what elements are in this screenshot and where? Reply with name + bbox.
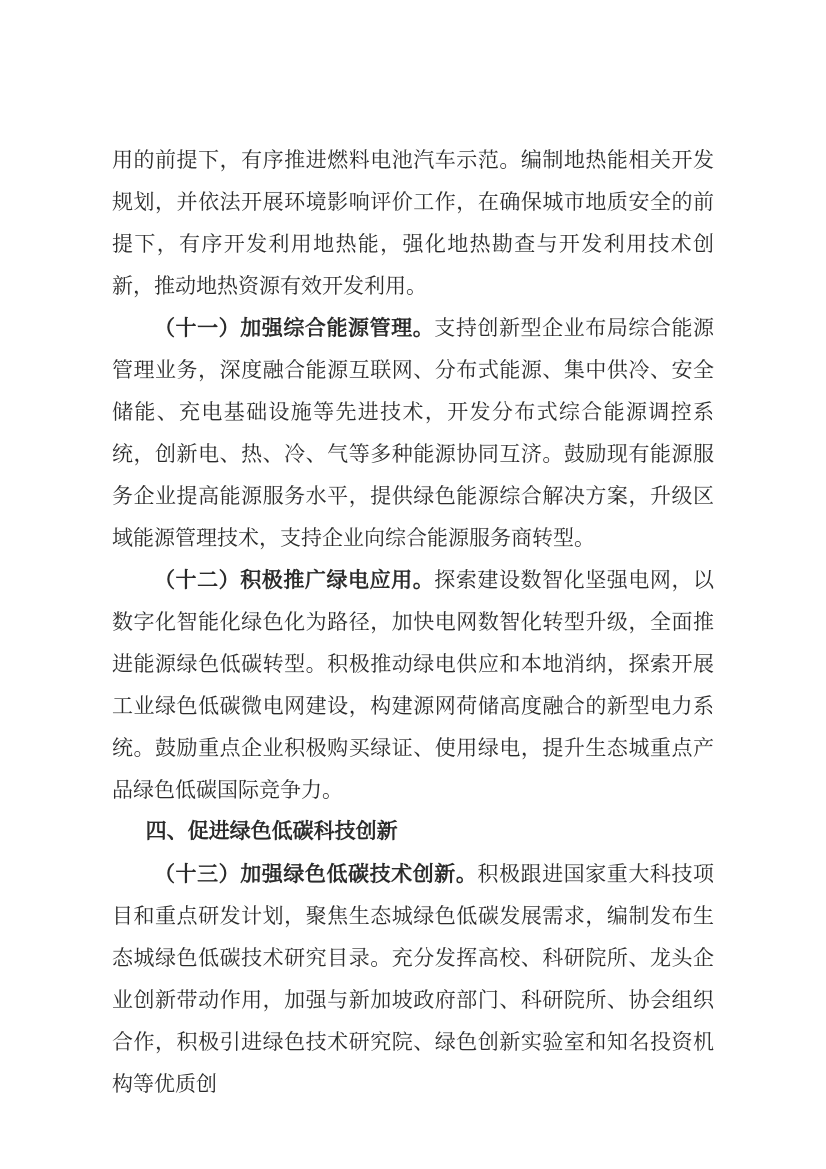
paragraph-item-11: （十一）加强综合能源管理。支持创新型企业布局综合能源管理业务，深度融合能源互联网… (112, 307, 714, 559)
paragraph-continuation: 用的前提下，有序推进燃料电池汽车示范。编制地热能相关开发规划，并依法开展环境影响… (112, 139, 714, 307)
paragraph-lead: （十二）积极推广绿电应用。 (154, 568, 434, 592)
paragraph-text: 支持创新型企业布局综合能源管理业务，深度融合能源互联网、分布式能源、集中供冷、安… (112, 316, 714, 550)
section-heading: 四、促进绿色低碳科技创新 (112, 811, 714, 853)
paragraph-lead: （十三）加强绿色低碳技术创新。 (154, 862, 477, 886)
paragraph-lead: （十一）加强综合能源管理。 (154, 316, 434, 340)
paragraph-item-12: （十二）积极推广绿电应用。探索建设数智化坚强电网，以数字化智能化绿色化为路径，加… (112, 559, 714, 811)
document-text-block: 用的前提下，有序推进燃料电池汽车示范。编制地热能相关开发规划，并依法开展环境影响… (112, 139, 714, 1105)
document-page: 用的前提下，有序推进燃料电池汽车示范。编制地热能相关开发规划，并依法开展环境影响… (0, 0, 826, 1169)
paragraph-item-13: （十三）加强绿色低碳技术创新。积极跟进国家重大科技项目和重点研发计划，聚焦生态城… (112, 853, 714, 1105)
paragraph-text: 探索建设数智化坚强电网，以数字化智能化绿色化为路径，加快电网数智化转型升级，全面… (112, 568, 714, 802)
paragraph-text: 积极跟进国家重大科技项目和重点研发计划，聚焦生态城绿色低碳发展需求，编制发布生态… (112, 862, 714, 1096)
paragraph-text: 用的前提下，有序推进燃料电池汽车示范。编制地热能相关开发规划，并依法开展环境影响… (112, 148, 714, 298)
